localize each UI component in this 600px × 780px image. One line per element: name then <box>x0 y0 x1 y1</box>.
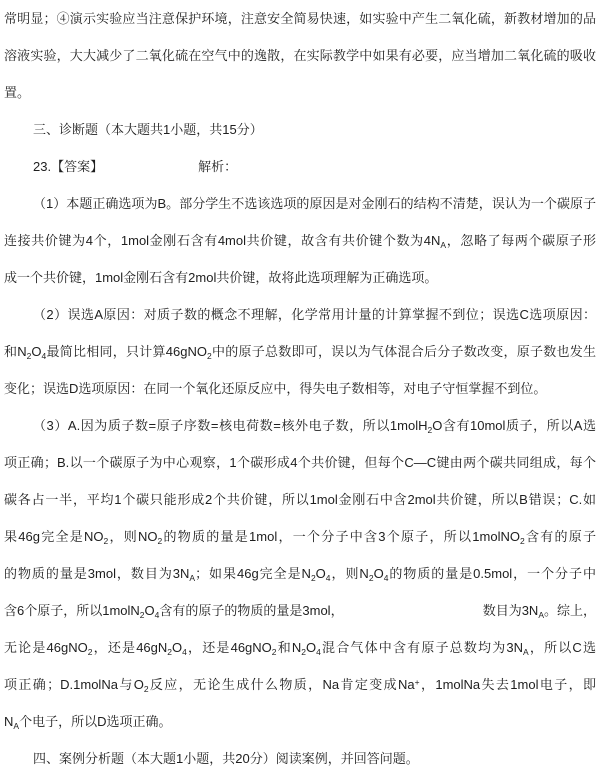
text-line-section3-heading: 三、诊断题（本大题共1小题，共15分） <box>4 111 596 148</box>
split-left-text: 含6个原子，所以1molN2O4含有的原子的物质的量是3mol， <box>4 592 344 629</box>
subscript: 2 <box>103 536 108 546</box>
subscript: 2 <box>88 647 93 657</box>
text-line-ans1-line1: （1）本题正确选项为B。部分学生不选该选项的原因是对金刚石的结构不清楚，误认为一… <box>4 185 596 222</box>
subscript: 2 <box>158 536 163 546</box>
text-line-ans3-line7: 无论是46gNO2，还是46gN2O4，还是46gNO2和N2O4混合气体中含有… <box>4 629 596 666</box>
subscript: 4 <box>155 610 160 620</box>
text-line-ans3-line1: （3）A.因为质子数=原子序数=核电荷数=核外电子数，所以1molH2O含有10… <box>4 407 596 444</box>
split-right-text: 数目为3NA。综上， <box>483 592 596 629</box>
text-line-para1-line2: 溶液实验，大大减少了二氧化硫在空气中的逸散，在实际教学中如果有必要，应当增加二氧… <box>4 37 596 74</box>
text-run: 解析： <box>198 159 237 174</box>
subscript: A <box>538 610 544 620</box>
text-line-ans2-line2: 和N2O4最简比相同，只计算46gNO2中的原子总数即可，误以为气体混合后分子数… <box>4 333 596 370</box>
text-run: 23.【答案】 <box>33 159 103 174</box>
document-body: 常明显；④演示实验应当注意保护环境，注意安全简易快速，如实验中产生二氧化硫，新教… <box>4 0 596 777</box>
text-line-ans3-line5: 的物质的量是3mol，数目为3NA；如果46g完全是N2O4，则N2O4的物质的… <box>4 555 596 592</box>
subscript: 2 <box>140 610 145 620</box>
subscript: 4 <box>326 573 331 583</box>
subscript: 4 <box>42 351 47 361</box>
text-line-ans2-line3: 变化；误选D选项原因：在同一个氧化还原反应中，得失电子数相等，对电子守恒掌握不到… <box>4 370 596 407</box>
subscript: A <box>523 647 529 657</box>
text-line-para1-line3: 置。 <box>4 74 596 111</box>
subscript: 2 <box>369 573 374 583</box>
subscript: 2 <box>520 536 525 546</box>
subscript: A <box>13 721 19 731</box>
document-page: 常明显；④演示实验应当注意保护环境，注意安全简易快速，如实验中产生二氧化硫，新教… <box>0 0 600 780</box>
subscript: 2 <box>27 351 32 361</box>
text-line-para1-line1: 常明显；④演示实验应当注意保护环境，注意安全简易快速，如实验中产生二氧化硫，新教… <box>4 0 596 37</box>
subscript: A <box>189 573 195 583</box>
subscript: 2 <box>272 647 277 657</box>
subscript: 2 <box>301 647 306 657</box>
text-line-ans3-line3: 碳各占一半，平均1个碳只能形成2个共价键，所以1mol金刚石中含2mol共价键，… <box>4 481 596 518</box>
subscript: 2 <box>144 684 149 694</box>
subscript: 4 <box>182 647 187 657</box>
subscript: 4 <box>384 573 389 583</box>
text-line-section4-heading: 四、案例分析题（本大题1小题，共20分）阅读案例，并回答问题。 <box>4 740 596 777</box>
text-line-ans1-line3: 成一个共价键，1mol金刚石含有2mol共价键，故将此选项理解为正确选项。 <box>4 259 596 296</box>
subscript: A <box>440 240 446 250</box>
subscript: 2 <box>167 647 172 657</box>
superscript: + <box>415 677 420 687</box>
subscript: 2 <box>427 425 432 435</box>
text-line-ans3-line2: 项正确；B.以一个碳原子为中心观察，1个碳形成4个共价键，但每个C—C键由两个碳… <box>4 444 596 481</box>
text-line-ans2-line1: （2）误选A原因：对质子数的概念不理解，化学常用计量的计算掌握不到位；误选C选项… <box>4 296 596 333</box>
text-line-ans3-line4: 果46g完全是NO2，则NO2的物质的量是1mol，一个分子中含3个原子，所以1… <box>4 518 596 555</box>
blank-answer-space <box>103 170 198 171</box>
text-line-ans3-line6: 含6个原子，所以1molN2O4含有的原子的物质的量是3mol，数目为3NA。综… <box>4 592 596 629</box>
text-line-q23-answer-line: 23.【答案】解析： <box>4 148 596 185</box>
subscript: 4 <box>316 647 321 657</box>
text-line-ans1-line2: 连接共价键为4个，1mol金刚石含有4mol共价键，故含有共价键个数为4NA，忽… <box>4 222 596 259</box>
text-line-ans3-line8: 项正确；D.1molNa与O2反应，无论生成什么物质，Na肯定变成Na+，1mo… <box>4 666 596 703</box>
subscript: 2 <box>207 351 212 361</box>
subscript: 2 <box>311 573 316 583</box>
text-line-ans3-line9: NA个电子，所以D选项正确。 <box>4 703 596 740</box>
